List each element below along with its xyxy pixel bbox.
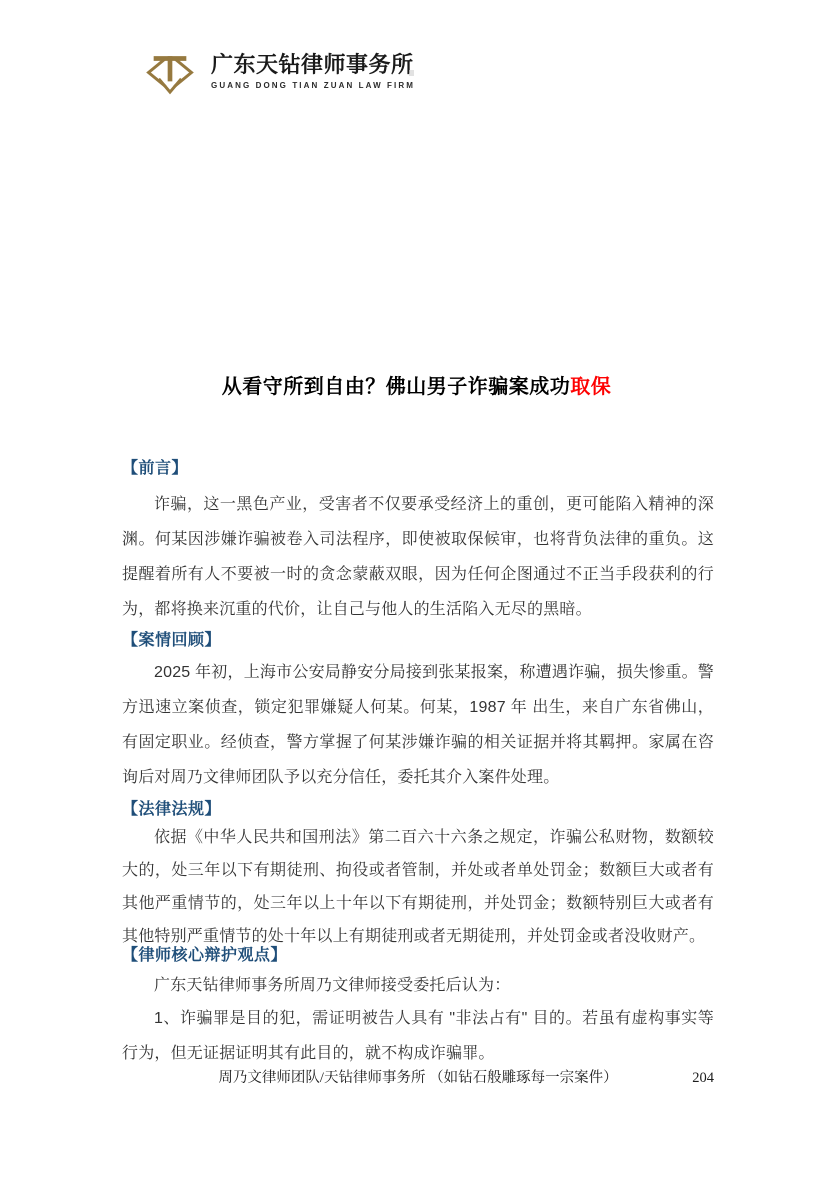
paragraph-preface: 诈骗，这一黑色产业，受害者不仅要承受经济上的重创，更可能陷入精神的深渊。何某因涉… [122,487,714,627]
paragraph-lawyer-intro: 广东天钻律师事务所周乃文律师接受委托后认为： [122,971,714,1001]
logo-text-block: 广东天钻律师事务所 GUANG DONG TIAN ZUAN LAW FIRM [211,50,415,91]
law-firm-logo: 广东天钻律师事务所 GUANG DONG TIAN ZUAN LAW FIRM [142,50,415,95]
document-page: 广东天钻律师事务所 GUANG DONG TIAN ZUAN LAW FIRM … [0,0,833,1178]
trademark-dot [409,70,414,76]
section-heading-preface: 【前言】 [122,458,714,480]
page-number: 204 [692,1066,714,1090]
article-body: 【前言】 诈骗，这一黑色产业，受害者不仅要承受经济上的重创，更可能陷入精神的深渊… [122,448,714,1071]
section-heading-laws: 【法律法规】 [122,799,714,821]
article-title: 从看守所到自由？佛山男子诈骗案成功取保 [0,374,833,400]
paragraph-case-review: 2025 年初，上海市公安局静安分局接到张某报案，称遭遇诈骗，损失惨重。警方迅速… [122,655,714,795]
diamond-t-logo-icon [142,50,198,95]
firm-name-cn: 广东天钻律师事务所 [211,52,415,78]
article-title-main: 从看守所到自由？佛山男子诈骗案成功 [222,376,571,398]
section-heading-case-review: 【案情回顾】 [122,630,714,652]
footer-text: 周乃文律师团队/天钻律师事务所 （如钻石般雕琢每一宗案件） [218,1070,617,1086]
firm-name-en: GUANG DONG TIAN ZUAN LAW FIRM [211,81,415,91]
page-footer: 周乃文律师团队/天钻律师事务所 （如钻石般雕琢每一宗案件） 204 [122,1066,714,1090]
paragraph-defense-point-1: 1、诈骗罪是目的犯，需证明被告人具有 "非法占有" 目的。若虽有虚构事实等行为，… [122,1001,714,1071]
article-title-highlight: 取保 [570,376,611,398]
paragraph-laws: 依据《中华人民共和国刑法》第二百六十六条之规定，诈骗公私财物，数额较大的，处三年… [122,821,714,953]
